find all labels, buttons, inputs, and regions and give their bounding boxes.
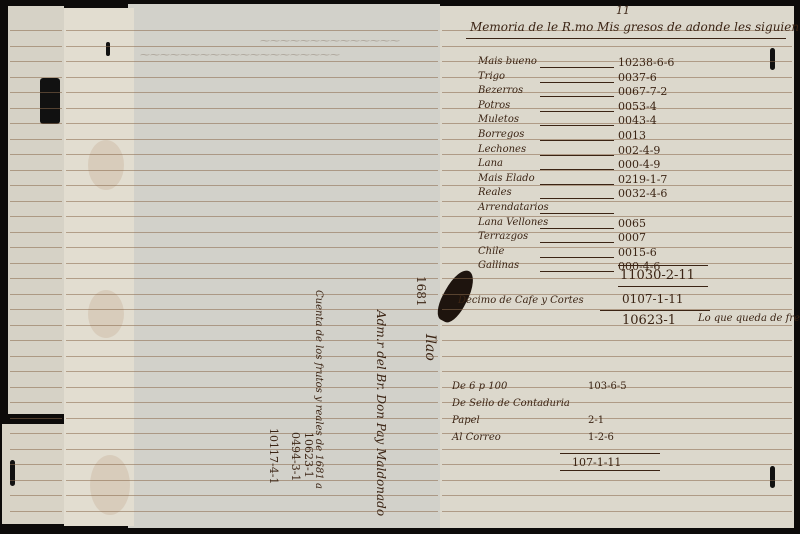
- entry-amount: 0015-6: [618, 246, 657, 259]
- ruled-line: [66, 46, 130, 47]
- ruled-line: [10, 464, 62, 465]
- entry-amount: 000-4-9: [618, 158, 660, 171]
- ruled-line: [66, 154, 130, 155]
- lower-entry-label: Papel: [452, 415, 480, 426]
- ruled-line: [10, 123, 62, 124]
- ruled-line: [66, 92, 130, 93]
- ruled-line: [10, 30, 62, 31]
- entry-label: Bezerros: [478, 85, 523, 96]
- ruled-line: [66, 294, 130, 295]
- ruled-line: [442, 371, 792, 372]
- entry-amount: 0007: [618, 231, 646, 244]
- rotated-amount-2: 0494-3-1: [289, 432, 302, 481]
- ruled-line: [442, 511, 792, 512]
- entry-leader-line: [540, 140, 614, 141]
- entry-label: Lana Vellones: [478, 217, 548, 228]
- ruled-line: [442, 170, 792, 171]
- lower-entry-amount: 103-6-5: [588, 381, 627, 392]
- ruled-line: [10, 139, 62, 140]
- ruled-line: [10, 356, 62, 357]
- ruled-line: [130, 30, 438, 31]
- lower-entry-amount: 2-1: [588, 415, 604, 426]
- ruled-line: [130, 294, 438, 295]
- ruled-line: [10, 201, 62, 202]
- ruled-line: [10, 309, 62, 310]
- ruled-line: [66, 464, 130, 465]
- deduction-amount: 0107-1-11: [622, 292, 684, 306]
- ruled-line: [130, 402, 438, 403]
- total-note: Lo que queda de frente: [698, 313, 800, 324]
- ruled-line: [66, 402, 130, 403]
- ruled-line: [10, 340, 62, 341]
- ruled-line: [10, 511, 62, 512]
- ruled-line: [10, 216, 62, 217]
- ink-mark: [770, 466, 775, 488]
- entry-label: Lechones: [478, 144, 526, 155]
- ruled-line: [130, 449, 438, 450]
- entry-label: Gallinas: [478, 260, 519, 271]
- entry-label: Terrazgos: [478, 231, 528, 242]
- ruled-line: [10, 263, 62, 264]
- ruled-line: [66, 216, 130, 217]
- ruled-line: [10, 278, 62, 279]
- ruled-line: [442, 418, 792, 419]
- entry-amount: 0032-4-6: [618, 187, 667, 200]
- entry-leader-line: [540, 155, 614, 156]
- ruled-line: [130, 480, 438, 481]
- ruled-line: [130, 108, 438, 109]
- lower-total-rule-bottom: [560, 470, 660, 471]
- entry-label: Reales: [478, 187, 512, 198]
- entry-label: Potros: [478, 100, 510, 111]
- ruled-line: [10, 294, 62, 295]
- ruled-line: [130, 278, 438, 279]
- ruled-line: [10, 433, 62, 434]
- ruled-line: [130, 371, 438, 372]
- ruled-line: [442, 449, 792, 450]
- ruled-line: [10, 46, 62, 47]
- ruled-line: [66, 371, 130, 372]
- entry-amount: 0037-6: [618, 71, 657, 84]
- ruled-line: [130, 232, 438, 233]
- entry-amount: 002-4-9: [618, 144, 660, 157]
- bleed-through-text: ⁓⁓⁓⁓⁓⁓⁓⁓⁓⁓⁓⁓⁓⁓: [260, 36, 400, 47]
- ruled-line: [130, 309, 438, 310]
- ruled-line: [130, 418, 438, 419]
- ruled-line: [130, 325, 438, 326]
- entry-leader-line: [540, 82, 614, 83]
- ruled-line: [66, 170, 130, 171]
- lower-entry-label: De 6 p 100: [452, 381, 507, 392]
- lower-entry-amount: 1-2-6: [588, 432, 614, 443]
- ruled-line: [130, 201, 438, 202]
- ruled-line: [10, 449, 62, 450]
- subtotal-rule: [618, 265, 708, 266]
- ruled-line: [130, 340, 438, 341]
- entry-amount: 0219-1-7: [618, 173, 667, 186]
- ruled-line: [66, 309, 130, 310]
- ruled-line: [130, 433, 438, 434]
- page-mark: 11: [616, 4, 630, 17]
- lower-total-amount: 107-1-11: [572, 456, 621, 469]
- ruled-line: [66, 61, 130, 62]
- ruled-line: [66, 449, 130, 450]
- torn-hole: [40, 78, 60, 124]
- ruled-line: [10, 92, 62, 93]
- paper-left-strip: [8, 6, 64, 414]
- entry-leader-line: [540, 271, 614, 272]
- ruled-line: [130, 495, 438, 496]
- ruled-line: [66, 232, 130, 233]
- ruled-line: [10, 495, 62, 496]
- entry-label: Chile: [478, 246, 504, 257]
- ruled-line: [10, 170, 62, 171]
- ruled-line: [130, 216, 438, 217]
- entry-leader-line: [540, 125, 614, 126]
- ink-mark: [106, 42, 110, 56]
- rotated-amount-3: 10117-4-1: [267, 428, 280, 484]
- ruled-line: [130, 123, 438, 124]
- entry-label: Trigo: [478, 71, 505, 82]
- stain: [88, 140, 124, 190]
- ruled-line: [10, 232, 62, 233]
- entry-leader-line: [540, 213, 614, 214]
- ruled-line: [66, 387, 130, 388]
- ruled-line: [66, 495, 130, 496]
- entry-leader-line: [540, 67, 614, 68]
- rotated-title: Ilao: [422, 334, 438, 361]
- ruled-line: [66, 356, 130, 357]
- entry-leader-line: [540, 111, 614, 112]
- rotated-author: Adm.r del Br. Don Pay Maldonado: [374, 310, 388, 516]
- year-mark: 1681: [414, 276, 428, 307]
- ruled-line: [66, 30, 130, 31]
- ruled-line: [130, 263, 438, 264]
- lower-total-rule: [560, 453, 660, 454]
- ruled-line: [10, 154, 62, 155]
- entry-amount: 10238-6-6: [618, 56, 674, 69]
- ruled-line: [66, 77, 130, 78]
- ledger-title: Memoria de le R.mo Mis gresos de adonde …: [470, 20, 800, 34]
- entry-leader-line: [540, 96, 614, 97]
- ruled-line: [442, 278, 792, 279]
- ruled-line: [10, 402, 62, 403]
- entry-label: Arrendatarios: [478, 202, 549, 213]
- ruled-line: [130, 92, 438, 93]
- ruled-line: [130, 139, 438, 140]
- ruled-line: [66, 340, 130, 341]
- ruled-line: [442, 325, 792, 326]
- title-underline: [466, 38, 786, 39]
- ruled-line: [130, 356, 438, 357]
- ruled-line: [442, 495, 792, 496]
- ruled-line: [130, 387, 438, 388]
- total-rule: [600, 310, 710, 311]
- entry-amount: 0065: [618, 217, 646, 230]
- subtotal-amount: 11030-2-11: [620, 268, 695, 283]
- ruled-line: [66, 139, 130, 140]
- ruled-line: [66, 185, 130, 186]
- entry-leader-line: [540, 169, 614, 170]
- entry-amount: 0053-4: [618, 100, 657, 113]
- entry-leader-line: [540, 242, 614, 243]
- entry-label: Mais Elado: [478, 173, 535, 184]
- deduction-label: Decimo de Cafe y Cortes: [458, 295, 584, 306]
- ruled-line: [66, 247, 130, 248]
- ruled-line: [442, 185, 792, 186]
- ruled-line: [66, 278, 130, 279]
- rotated-amount-1: 10623-1: [302, 432, 315, 478]
- ruled-line: [130, 464, 438, 465]
- deduction-rule: [618, 286, 708, 287]
- ruled-line: [66, 123, 130, 124]
- ruled-line: [130, 247, 438, 248]
- ruled-line: [66, 511, 130, 512]
- ruled-line: [130, 170, 438, 171]
- entry-leader-line: [540, 184, 614, 185]
- ruled-line: [10, 325, 62, 326]
- ruled-line: [442, 46, 792, 47]
- lower-entry-label: De Sello de Contaduria: [452, 398, 570, 409]
- entry-leader-line: [540, 198, 614, 199]
- entry-label: Muletos: [478, 114, 519, 125]
- ruled-line: [10, 247, 62, 248]
- entry-amount: 0067-7-2: [618, 85, 667, 98]
- ruled-line: [442, 356, 792, 357]
- entry-leader-line: [540, 257, 614, 258]
- entry-label: Lana: [478, 158, 503, 169]
- entry-label: Mais bueno: [478, 56, 537, 67]
- lower-entry-label: Al Correo: [452, 432, 501, 443]
- ruled-line: [10, 185, 62, 186]
- ruled-line: [10, 371, 62, 372]
- ruled-line: [130, 511, 438, 512]
- stain: [88, 290, 124, 338]
- ruled-line: [130, 77, 438, 78]
- entry-label: Borregos: [478, 129, 524, 140]
- ruled-line: [10, 61, 62, 62]
- ruled-line: [10, 418, 62, 419]
- ruled-line: [66, 325, 130, 326]
- ruled-line: [10, 387, 62, 388]
- entry-amount: 0043-4: [618, 114, 657, 127]
- ink-mark: [770, 48, 775, 70]
- ruled-line: [130, 185, 438, 186]
- ruled-line: [66, 418, 130, 419]
- ruled-line: [10, 480, 62, 481]
- ruled-line: [130, 61, 438, 62]
- entry-leader-line: [540, 228, 614, 229]
- ruled-line: [442, 480, 792, 481]
- ruled-line: [66, 201, 130, 202]
- ruled-line: [66, 108, 130, 109]
- ruled-line: [10, 108, 62, 109]
- ruled-line: [66, 433, 130, 434]
- ruled-line: [66, 263, 130, 264]
- ruled-line: [66, 480, 130, 481]
- bleed-through-text: ⁓⁓⁓⁓⁓⁓⁓⁓⁓⁓⁓⁓⁓⁓⁓⁓⁓⁓⁓⁓: [140, 50, 340, 61]
- ruled-line: [130, 154, 438, 155]
- total-amount: 10623-1: [622, 313, 676, 328]
- ruled-line: [10, 77, 62, 78]
- entry-amount: 0013: [618, 129, 646, 142]
- ruled-line: [442, 340, 792, 341]
